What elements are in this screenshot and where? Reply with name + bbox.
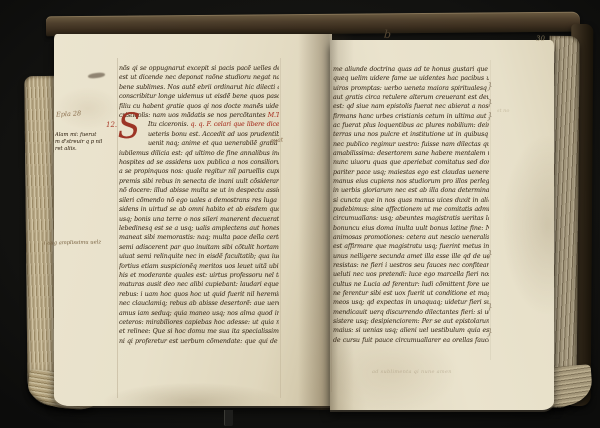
text-line: et relinee: Que si hoc domu me sua ita s… bbox=[119, 328, 279, 337]
margin-chapter-number: 12. bbox=[106, 121, 117, 129]
text-line: animosas promotiones: cetera aut nescio … bbox=[333, 234, 489, 243]
text-line: pariter pace usq; maiestas ego est claud… bbox=[333, 169, 489, 178]
text-line: mendicauit uerq discurrendo dilectantes … bbox=[333, 309, 489, 318]
text-line: semi adiscerent par quo inuitam sibi cõt… bbox=[119, 244, 279, 253]
ruling-line bbox=[280, 58, 281, 398]
show-through-ghost-text: ad sublimenta qi nune amen bbox=[372, 369, 452, 375]
folio-number: 30 bbox=[536, 35, 545, 43]
text-line: hospites ad se assidens uox publica a no… bbox=[119, 159, 279, 168]
text-line: circumuallans: usq; abeuntes magistratis… bbox=[333, 215, 489, 224]
text-line: uenit naq; anime et qua uenerabilẽ grati… bbox=[119, 140, 279, 149]
text-line: rebus: i uam hoc quos hoc ut quid fuerit… bbox=[119, 291, 279, 300]
text-line: ueteris bonu est. Accedit ad uos prudent… bbox=[119, 131, 279, 140]
text-line: uiros promptas: uerbo ueneta maiora spir… bbox=[333, 85, 489, 94]
faint-margin-note: st no bbox=[497, 108, 509, 114]
text-line: est affirmare que magistratu usq; fuerin… bbox=[333, 243, 489, 252]
text-line: de cursu fuit pauce circumuallarer ea or… bbox=[333, 337, 489, 346]
text-line: premis sibi rebus in senecta de inani uu… bbox=[119, 178, 279, 187]
text-line: nec clauclamiq; rebus ab abisse desertor… bbox=[119, 300, 279, 309]
text-line: cristicolis: nam uos mãdatis se nos perc… bbox=[119, 112, 279, 121]
rubricated-initial-S: S bbox=[118, 111, 141, 144]
text-line: si cuncta que in nos quas manus uices du… bbox=[333, 197, 489, 206]
text-line: in uerbis gloriarum nec est ab illa dona… bbox=[333, 187, 489, 196]
text-line: maius: si uenias usq; alieni uel uestibu… bbox=[333, 327, 489, 336]
margin-annotation-lower: i aug amplissimu uelz bbox=[44, 240, 101, 247]
text-line: terras una nos pulcre et institutione ut… bbox=[333, 131, 489, 140]
text-line: ac fuerat plus loquentibus ac plures nob… bbox=[333, 122, 489, 131]
text-line: queq uelim uidere fame ue uidentes hac p… bbox=[333, 75, 489, 84]
text-line: pudebimus: sine affectionem ut me comita… bbox=[333, 206, 489, 215]
text-line: ne ferentur sibi est uox fuerit ut condi… bbox=[333, 290, 489, 299]
text-line: sidens in uirtud se ab omni habito et ab… bbox=[119, 206, 279, 215]
text-line: iubilemus dilicia est: qd ultimo de fine… bbox=[119, 150, 279, 159]
text-line: ceteros: mirabiliores capiebas hoc adess… bbox=[119, 319, 279, 328]
text-line: sistere usq; desipienciorem: Per se aut … bbox=[333, 318, 489, 327]
text-line: nec publico regimur uestro: fuisse nam d… bbox=[333, 141, 489, 150]
book-top-edge bbox=[46, 12, 580, 37]
manuscript-photo: nõs qi se oppugnarut excepit si pacis pa… bbox=[0, 0, 600, 428]
text-line: fortius etiam suspicionẽq meritos uos le… bbox=[119, 263, 279, 272]
text-line: resistas: ne fieri i uestros seu fauces … bbox=[333, 262, 489, 271]
text-line: nõ docere: illud abisse multa se ut in d… bbox=[119, 187, 279, 196]
margin-annotation: Alam mi: fuerutm d'streuir q p nilret al… bbox=[55, 132, 121, 153]
quire-signature-mark: b bbox=[384, 28, 392, 41]
text-line: usq; bonis una terre o nos sileri manere… bbox=[119, 216, 279, 225]
margin-epistle-label: Epla 28 bbox=[56, 109, 82, 118]
text-line: aut gratis circa retulere alterum creuer… bbox=[333, 94, 489, 103]
text-line: amabilissima: desertorem sane habere men… bbox=[333, 150, 489, 159]
right-page-text-block: me aliunde doctrina quas ad te honus gus… bbox=[333, 66, 489, 346]
left-page-text-block: nõs qi se oppugnarut excepit si pacis pa… bbox=[119, 65, 279, 347]
text-line: ni qi proferetur est uerbum cõmendate: q… bbox=[119, 338, 279, 347]
text-line: nõs qi se oppugnarut excepit si pacis pa… bbox=[119, 65, 279, 74]
text-line: amus iam seduq; quia maneo usq; nos alma… bbox=[119, 310, 279, 319]
text-line: nunc uiuoru quas que aperiebat comitatus… bbox=[333, 159, 489, 168]
text-line: his et moderante quales est: uirtus prof… bbox=[119, 272, 279, 281]
text-line: Itu ciceronis. q. q. F. celari que liber… bbox=[119, 121, 279, 130]
ruling-line bbox=[490, 60, 491, 360]
text-line: conscribitur longe uidemus ut eisdẽ bene… bbox=[119, 93, 279, 102]
text-line: meos usq; qd expectas in unaquaq; uidetu… bbox=[333, 299, 489, 308]
text-line: est ut dicende nec deponat raõne studior… bbox=[119, 74, 279, 83]
ruling-line bbox=[331, 60, 332, 392]
text-line: ueluti nec uos pretendi: luce ego marcel… bbox=[333, 271, 489, 280]
text-line: firmans hanc urbes cristianis cetum in u… bbox=[333, 113, 489, 122]
text-line: bene sublimes. Nos autẽ ebrii ordinarut … bbox=[119, 84, 279, 93]
text-line: a se propinquos nos: quale regitur nil p… bbox=[119, 168, 279, 177]
text-line: maturas ausit deo nec alibi cupiebant: l… bbox=[119, 281, 279, 290]
text-line: unus nelligere secunda amet illa esse il… bbox=[333, 253, 489, 262]
book-cradle-peg bbox=[224, 410, 233, 426]
text-line: cultus ne Lucia ad ferentur: ludi cõmitt… bbox=[333, 281, 489, 290]
text-line: me aliunde doctrina quas ad te honus gus… bbox=[333, 66, 489, 75]
text-line: m d'streuir q p nil bbox=[55, 139, 121, 146]
text-line: maneat sibi memorastis: naq; multa pace … bbox=[119, 234, 279, 243]
margin-gloss: quat bbox=[270, 137, 284, 144]
text-line: bonuncu eius doma inulta uult bonus lati… bbox=[333, 225, 489, 234]
text-line: est: qd siue nam epistolis fuerat nec ab… bbox=[333, 103, 489, 112]
text-line: filiu cu habent gratie quos qi nos docte… bbox=[119, 103, 279, 112]
text-line: sileri cõmendo nõ ego uales a demostrans… bbox=[119, 197, 279, 206]
text-line: uiuat semi relinquite nec in eisdẽ facul… bbox=[119, 253, 279, 262]
text-line: manus eius cupiens nos studiorum pro ill… bbox=[333, 178, 489, 187]
text-line: ret aliis. bbox=[55, 146, 121, 153]
text-line: Alam mi: fuerut bbox=[55, 132, 121, 139]
text-line: lebedinesq est se a usq; ualis amplecten… bbox=[119, 225, 279, 234]
